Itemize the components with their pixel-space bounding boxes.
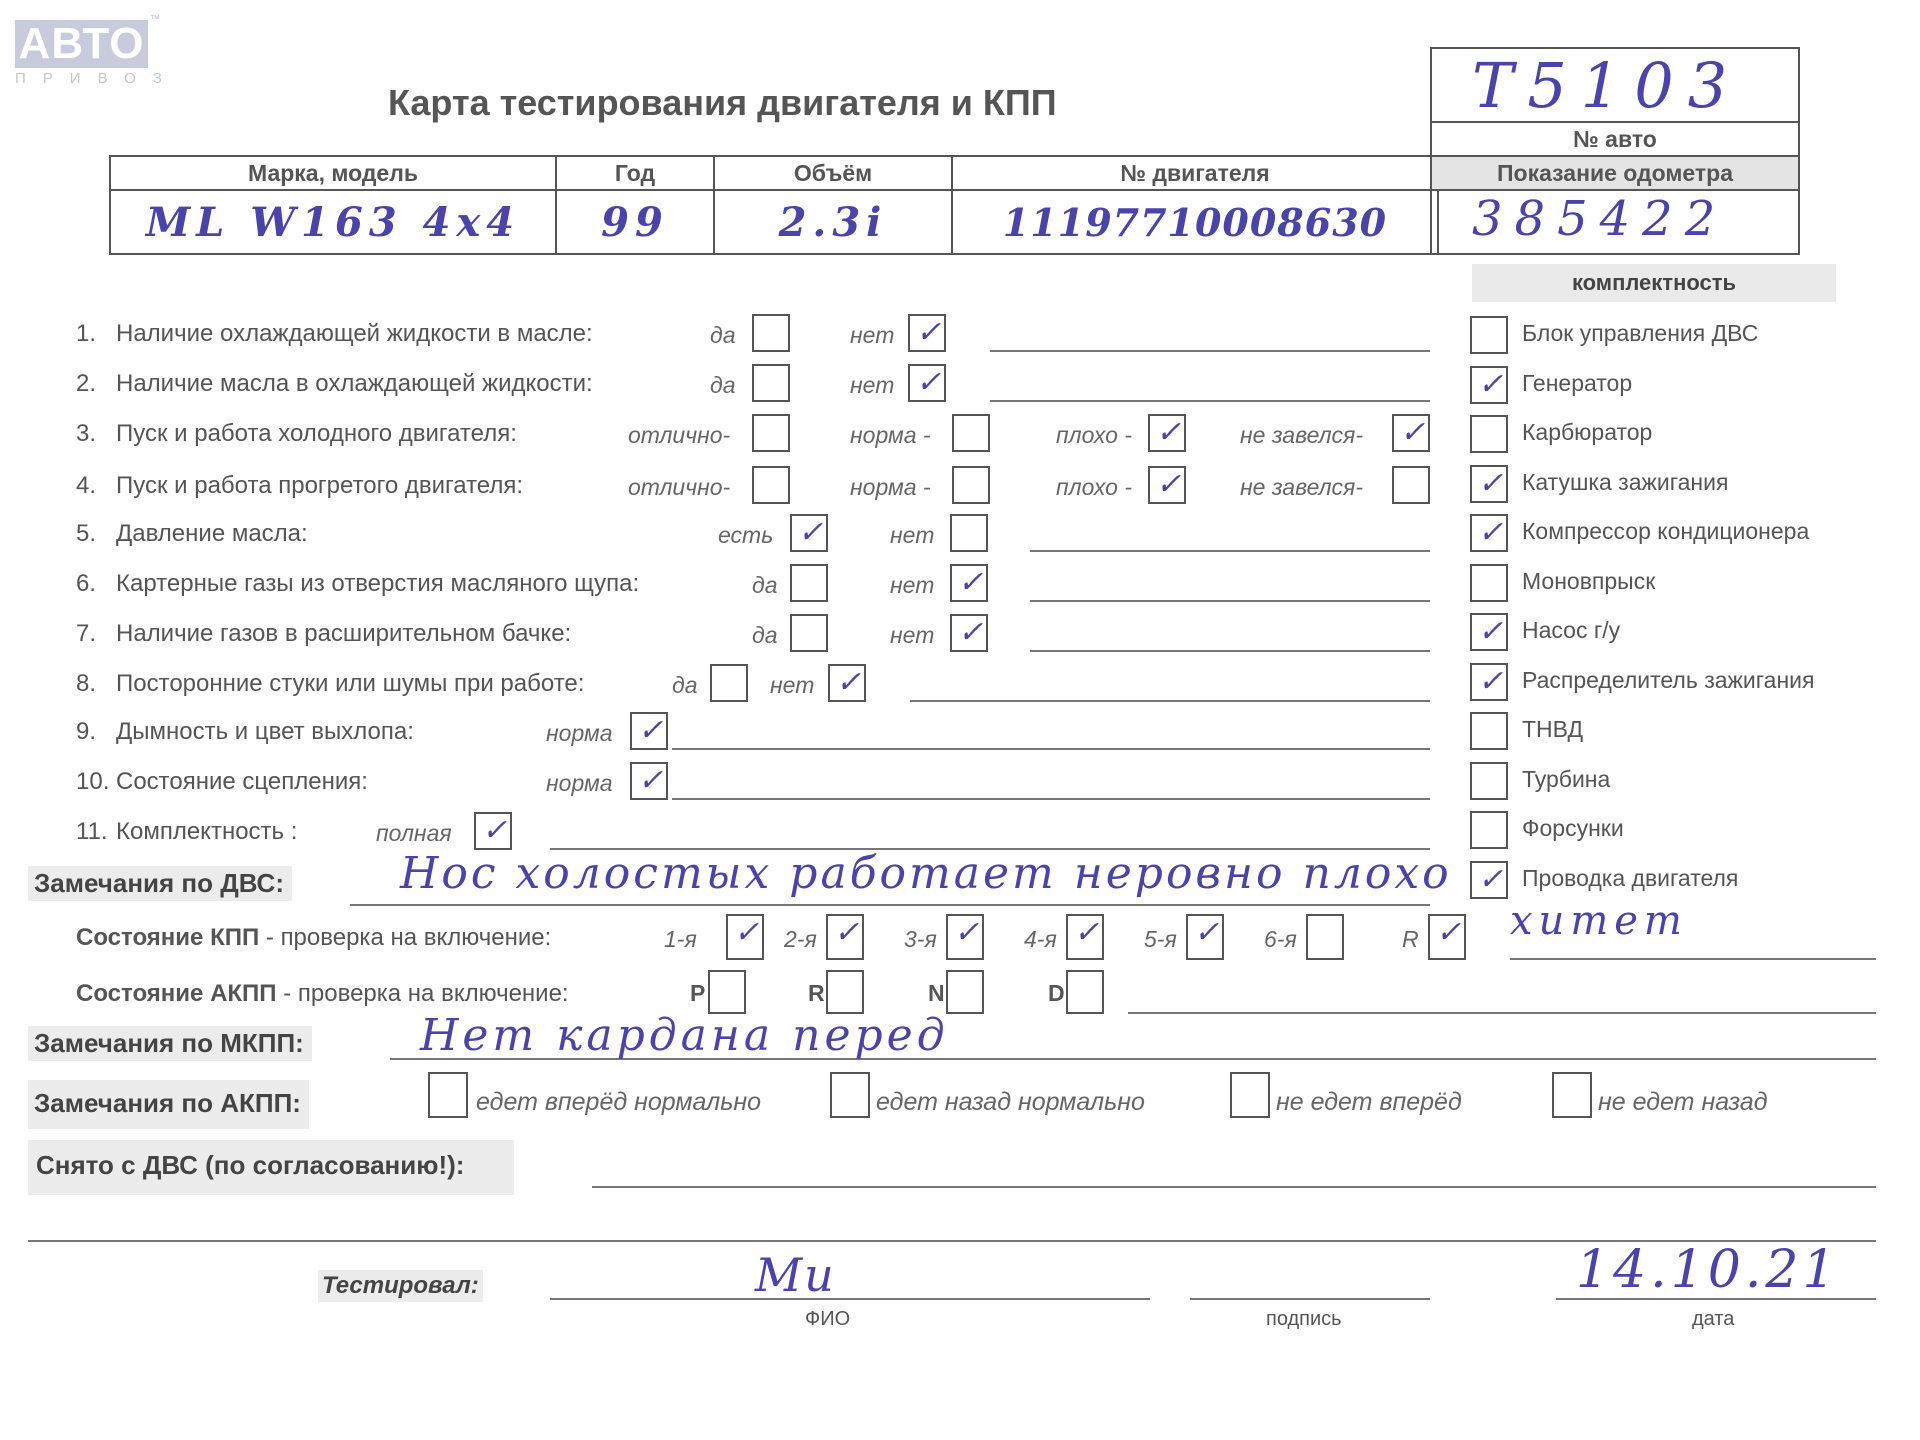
auto-number-field[interactable]: T5103 bbox=[1432, 49, 1798, 123]
gear-label: 5-я bbox=[1144, 926, 1177, 953]
logo-trademark: ™ bbox=[150, 14, 160, 25]
completeness-checkbox[interactable] bbox=[1470, 366, 1508, 404]
option-label: нет bbox=[890, 522, 934, 549]
checklist-item-label: Посторонние стуки или шумы при работе: bbox=[116, 670, 584, 698]
checkbox[interactable] bbox=[710, 664, 748, 702]
completeness-checkbox[interactable] bbox=[1470, 762, 1508, 800]
tested-by-label: Тестировал: bbox=[318, 1270, 483, 1302]
checkbox[interactable] bbox=[952, 414, 990, 452]
gear-label: 6-я bbox=[1264, 926, 1297, 953]
mode-checkbox[interactable] bbox=[826, 970, 864, 1014]
option-label: нет bbox=[770, 672, 814, 699]
mode-label: D bbox=[1048, 980, 1065, 1007]
completeness-item-label: Катушка зажигания bbox=[1522, 469, 1728, 496]
checklist-item-label: Давление масла: bbox=[116, 520, 308, 548]
checklist-item-label: Картерные газы из отверстия масляного щу… bbox=[116, 570, 639, 598]
manual-gearbox-line bbox=[1510, 958, 1876, 960]
option-label: плохо - bbox=[1056, 422, 1132, 449]
gear-label: R bbox=[1402, 926, 1419, 953]
completeness-header: комплектность bbox=[1472, 264, 1836, 302]
auto-number-label: № авто bbox=[1432, 123, 1798, 157]
notes-line[interactable] bbox=[1030, 650, 1430, 652]
completeness-item-label: Генератор bbox=[1522, 370, 1632, 397]
gear-label: 2-я bbox=[784, 926, 817, 953]
completeness-checkbox[interactable] bbox=[1470, 712, 1508, 750]
completeness-item-label: ТНВД bbox=[1522, 716, 1583, 743]
option-label: отлично- bbox=[628, 422, 730, 449]
engine-remarks-label: Замечания по ДВС: bbox=[28, 866, 292, 901]
col-header-volume: Объём bbox=[714, 156, 952, 190]
mkpp-remarks-label: Замечания по МКПП: bbox=[28, 1026, 312, 1061]
completeness-checkbox[interactable] bbox=[1470, 514, 1508, 552]
option-label: норма - bbox=[850, 474, 931, 501]
option-label: нет bbox=[890, 622, 934, 649]
checkbox[interactable] bbox=[952, 466, 990, 504]
col-header-engine-no: № двигателя bbox=[952, 156, 1438, 190]
notes-line[interactable] bbox=[1030, 550, 1430, 552]
option-label: плохо - bbox=[1056, 474, 1132, 501]
checkbox[interactable] bbox=[630, 762, 668, 800]
option-label: да bbox=[752, 572, 778, 599]
option-label: норма - bbox=[850, 422, 931, 449]
akpp-option-label: едет вперёд нормально bbox=[476, 1088, 761, 1117]
checklist-item-number: 7. bbox=[76, 620, 96, 648]
logo-subtitle: ПРИВОЗ bbox=[15, 70, 179, 87]
gear-checkbox[interactable] bbox=[1186, 914, 1224, 960]
option-label: полная bbox=[376, 820, 452, 847]
date-caption: дата bbox=[1692, 1308, 1734, 1331]
akpp-option-label: едет назад нормально bbox=[876, 1088, 1145, 1117]
completeness-checkbox[interactable] bbox=[1470, 613, 1508, 651]
option-label: отлично- bbox=[628, 474, 730, 501]
checklist-item-label: Состояние сцепления: bbox=[116, 768, 368, 796]
gear-label: 4-я bbox=[1024, 926, 1057, 953]
option-label: норма bbox=[546, 770, 613, 797]
option-label: да bbox=[710, 372, 736, 399]
col-header-year: Год bbox=[556, 156, 714, 190]
checkbox[interactable] bbox=[630, 712, 668, 750]
engine-no-field[interactable]: 11197710008630 bbox=[952, 190, 1438, 254]
notes-line[interactable] bbox=[672, 798, 1430, 800]
checkbox[interactable] bbox=[474, 812, 512, 850]
name-field[interactable]: Ми bbox=[755, 1248, 836, 1302]
completeness-checkbox[interactable] bbox=[1470, 811, 1508, 849]
option-label: да bbox=[710, 322, 736, 349]
checklist-item-number: 1. bbox=[76, 320, 96, 348]
checklist-item-label: Комплектность : bbox=[116, 818, 297, 846]
checklist-item-number: 3. bbox=[76, 420, 96, 448]
checkbox[interactable] bbox=[752, 466, 790, 504]
mode-label: P bbox=[690, 980, 705, 1007]
volume-field[interactable]: 2.3i bbox=[714, 190, 952, 254]
removed-parts-label: Снято с ДВС (по согласованию!): bbox=[28, 1140, 514, 1195]
mkpp-remarks-field[interactable]: Нет кардана перед bbox=[420, 1010, 949, 1061]
option-label: есть bbox=[718, 522, 773, 549]
gear-label: 3-я bbox=[904, 926, 937, 953]
completeness-checkbox[interactable] bbox=[1470, 861, 1508, 899]
completeness-checkbox[interactable] bbox=[1470, 663, 1508, 701]
option-label: нет bbox=[850, 322, 894, 349]
manual-gearbox-label: Состояние КПП - проверка на включение: bbox=[76, 924, 551, 952]
date-field[interactable]: 14.10.21 bbox=[1576, 1240, 1840, 1300]
checklist-item-label: Наличие охлаждающей жидкости в масле: bbox=[116, 320, 593, 348]
checklist-item-number: 6. bbox=[76, 570, 96, 598]
signature-field[interactable] bbox=[1190, 1298, 1430, 1300]
checklist-item-label: Пуск и работа холодного двигателя: bbox=[116, 420, 517, 448]
engine-remarks-line bbox=[350, 904, 1430, 906]
checkbox[interactable] bbox=[1148, 414, 1186, 452]
mode-checkbox[interactable] bbox=[946, 970, 984, 1014]
akpp-option-label: не едет вперёд bbox=[1276, 1088, 1462, 1117]
completeness-checkbox[interactable] bbox=[1470, 564, 1508, 602]
completeness-checkbox[interactable] bbox=[1470, 415, 1508, 453]
completeness-item-label: Блок управления ДВС bbox=[1522, 320, 1758, 347]
checklist-item-number: 10. bbox=[76, 768, 109, 796]
checklist-item-number: 5. bbox=[76, 520, 96, 548]
completeness-checkbox[interactable] bbox=[1470, 465, 1508, 503]
removed-parts-field[interactable] bbox=[592, 1186, 1876, 1188]
notes-line[interactable] bbox=[1030, 600, 1430, 602]
logo: АВТО bbox=[15, 20, 148, 68]
checklist-item-label: Дымность и цвет выхлопа: bbox=[116, 718, 414, 746]
gear-checkbox[interactable] bbox=[1306, 914, 1344, 960]
checklist-item-number: 4. bbox=[76, 472, 96, 500]
vehicle-info-table: Марка, модель Год Объём № двигателя ML W… bbox=[109, 155, 1439, 255]
option-label: да bbox=[752, 622, 778, 649]
option-label: не завелся- bbox=[1240, 422, 1363, 449]
mode-checkbox[interactable] bbox=[708, 970, 746, 1014]
completeness-item-label: Турбина bbox=[1522, 766, 1610, 793]
completeness-checkbox[interactable] bbox=[1470, 316, 1508, 354]
option-label: норма bbox=[546, 720, 613, 747]
notes-line[interactable] bbox=[990, 350, 1430, 352]
checkbox[interactable] bbox=[790, 564, 828, 602]
auto-gearbox-label: Состояние АКПП - проверка на включение: bbox=[76, 980, 569, 1008]
checklist-item-number: 8. bbox=[76, 670, 96, 698]
name-line bbox=[550, 1298, 1150, 1300]
col-header-make-model: Марка, модель bbox=[110, 156, 556, 190]
mode-label: N bbox=[928, 980, 945, 1007]
notes-line[interactable] bbox=[672, 748, 1430, 750]
checklist-item-label: Наличие масла в охлаждающей жидкости: bbox=[116, 370, 593, 398]
checkbox[interactable] bbox=[1392, 466, 1430, 504]
page-title: Карта тестирования двигателя и КПП bbox=[388, 82, 1057, 124]
notes-line[interactable] bbox=[910, 700, 1430, 702]
option-label: не завелся- bbox=[1240, 474, 1363, 501]
checkbox[interactable] bbox=[752, 414, 790, 452]
gear-label: 1-я bbox=[664, 926, 697, 953]
checkbox[interactable] bbox=[950, 564, 988, 602]
checkbox[interactable] bbox=[828, 664, 866, 702]
akpp-checkbox[interactable] bbox=[428, 1072, 468, 1118]
akpp-checkbox[interactable] bbox=[1230, 1072, 1270, 1118]
gear-checkbox[interactable] bbox=[1428, 914, 1466, 960]
checkbox[interactable] bbox=[790, 514, 828, 552]
odometer-label: Показание одометра bbox=[1432, 157, 1798, 191]
checkbox[interactable] bbox=[908, 364, 946, 402]
make-model-field[interactable]: ML W163 4x4 bbox=[110, 190, 556, 254]
akpp-checkbox[interactable] bbox=[830, 1072, 870, 1118]
gear-checkbox[interactable] bbox=[826, 914, 864, 960]
completeness-item-label: Моновпрыск bbox=[1522, 568, 1655, 595]
option-label: нет bbox=[890, 572, 934, 599]
auto-gearbox-line bbox=[1128, 1012, 1876, 1014]
completeness-item-label: Карбюратор bbox=[1522, 419, 1652, 446]
option-label: да bbox=[672, 672, 698, 699]
checklist-item-number: 9. bbox=[76, 718, 96, 746]
checklist-item-number: 11. bbox=[76, 818, 108, 846]
checkbox[interactable] bbox=[908, 314, 946, 352]
gear-checkbox[interactable] bbox=[1066, 914, 1104, 960]
akpp-remarks-label: Замечания по АКПП: bbox=[28, 1080, 309, 1129]
akpp-checkbox[interactable] bbox=[1552, 1072, 1592, 1118]
checkbox[interactable] bbox=[950, 514, 988, 552]
auto-odometer-box: T5103 № авто Показание одометра 385422 bbox=[1430, 47, 1800, 255]
completeness-item-label: Насос г/у bbox=[1522, 617, 1620, 644]
gear-checkbox[interactable] bbox=[946, 914, 984, 960]
akpp-option-label: не едет назад bbox=[1598, 1088, 1768, 1117]
signature-caption: подпись bbox=[1266, 1308, 1342, 1331]
name-caption: ФИО bbox=[805, 1308, 850, 1331]
completeness-item-label: Форсунки bbox=[1522, 815, 1624, 842]
checklist-item-number: 2. bbox=[76, 370, 96, 398]
checklist-item-label: Наличие газов в расширительном бачке: bbox=[116, 620, 571, 648]
checkbox[interactable] bbox=[790, 614, 828, 652]
checkbox[interactable] bbox=[752, 314, 790, 352]
notes-line[interactable] bbox=[990, 400, 1430, 402]
mode-checkbox[interactable] bbox=[1066, 970, 1104, 1014]
checkbox[interactable] bbox=[752, 364, 790, 402]
engine-remarks-field[interactable]: Нос холостых работает неровно плохо bbox=[400, 848, 1452, 899]
gear-checkbox[interactable] bbox=[726, 914, 764, 960]
odometer-field[interactable]: 385422 bbox=[1432, 191, 1798, 251]
checkbox[interactable] bbox=[1148, 466, 1186, 504]
year-field[interactable]: 99 bbox=[556, 190, 714, 254]
checkbox[interactable] bbox=[1392, 414, 1430, 452]
completeness-item-label: Компрессор кондиционера bbox=[1522, 518, 1809, 545]
checkbox[interactable] bbox=[950, 614, 988, 652]
completeness-item-label: Распределитель зажигания bbox=[1522, 667, 1814, 694]
completeness-item-label: Проводка двигателя bbox=[1522, 865, 1738, 892]
checklist-item-label: Пуск и работа прогретого двигателя: bbox=[116, 472, 523, 500]
engine-remarks-continuation: хитет bbox=[1510, 898, 1688, 944]
option-label: нет bbox=[850, 372, 894, 399]
mode-label: R bbox=[808, 980, 825, 1007]
